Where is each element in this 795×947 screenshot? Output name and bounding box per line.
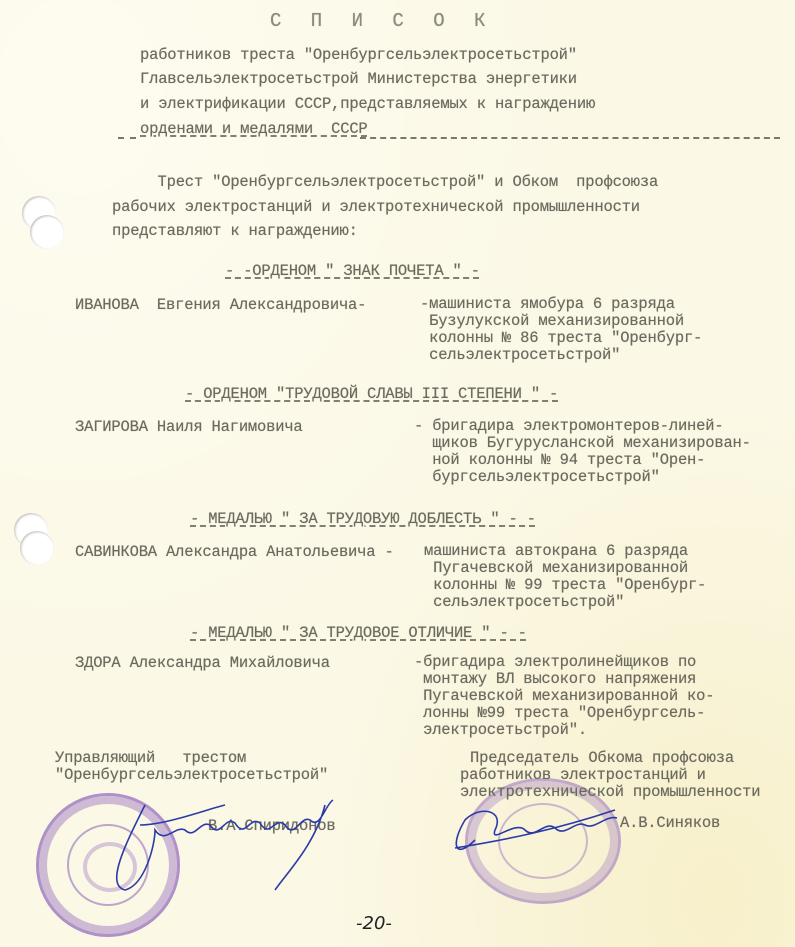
awardee-position: Пугачевской механизированной ко- <box>414 688 714 705</box>
awardee-position: Пугачевской механизированной <box>424 560 688 577</box>
awardee-position: - бригадира электромонтеров-линей- <box>414 418 723 435</box>
awardee-name: ИВАНОВА Евгения Александровича- <box>75 296 366 314</box>
awardee-name: САВИНКОВА Александра Анатольевича - <box>75 543 394 561</box>
awardee-position: машиниста автокрана 6 разряда <box>424 543 688 560</box>
awardee-position: сельэлектросетьстрой" <box>420 347 620 364</box>
awardee-position: электросетьстрой". <box>414 722 587 739</box>
signer-name: А.В.Синяков <box>620 815 720 832</box>
award-heading: - МЕДАЛЬЮ " ЗА ТРУДОВУЮ ДОБЛЕСТЬ " - - <box>190 510 536 528</box>
awardee-position: -бригадира электролинейщиков по <box>414 654 696 671</box>
awardee-position: монтажу ВЛ высокого напряжения <box>414 671 696 688</box>
dashed-rule <box>118 137 136 139</box>
awardee-position: бургсельэлектросетьстрой" <box>414 469 660 486</box>
awardee-position: колонны № 86 треста "Оренбург- <box>420 330 702 347</box>
handwritten-signature-right <box>445 800 625 860</box>
intro-line: работников треста "Оренбургсельэлектросе… <box>140 46 577 64</box>
intro-line: и электрификации СССР,представляемых к н… <box>140 95 595 113</box>
signatory-org: "Оренбургсельэлектросетьстрой" <box>55 767 328 784</box>
award-heading: - ОРДЕНОМ "ТРУДОВОЙ СЛАВЫ III СТЕПЕНИ " … <box>185 385 558 403</box>
awardee-position: колонны № 99 треста "Оренбург- <box>424 577 706 594</box>
document-title: С П И С О К <box>270 10 494 32</box>
awardee-name: ЗДОРА Александра Михайловича <box>75 654 330 672</box>
awardee-name: ЗАГИРОВА Наиля Нагимовича <box>75 418 303 436</box>
page-number: -20- <box>356 913 392 934</box>
awardee-position: сельэлектросетьстрой" <box>424 594 624 611</box>
preamble-line: представляют к награждению: <box>112 222 358 240</box>
handwritten-signature-left <box>85 785 345 905</box>
signatory-title: электротехнической промышленности <box>460 784 760 801</box>
intro-line: Главсельэлектросетьстрой Министерства эн… <box>140 70 577 88</box>
dashed-rule <box>360 137 780 139</box>
signatory-title: Управляющий трестом <box>55 750 246 767</box>
awardee-position: щиков Бугурусланской механизирован- <box>414 435 751 452</box>
awardee-position: лонны №99 треста "Оренбургсель- <box>414 705 705 722</box>
awardee-position: -машиниста ямобура 6 разряда <box>420 296 675 313</box>
award-heading: - МЕДАЛЬЮ " ЗА ТРУДОВОЕ ОТЛИЧИЕ " - - <box>190 624 527 642</box>
punch-hole <box>30 215 64 249</box>
signatory-title: Председатель Обкома профсоюза <box>470 750 734 767</box>
preamble-line: Трест "Оренбургсельэлектросетьстрой" и О… <box>112 173 658 191</box>
awardee-position: ной колонны № 94 треста "Орен- <box>414 452 705 469</box>
signatory-title: работников электростанций и <box>460 767 706 784</box>
awardee-position: Бузулукской механизированной <box>420 313 684 330</box>
punch-hole <box>20 531 54 565</box>
award-heading: - -ОРДЕНОМ " ЗНАК ПОЧЕТА " - <box>225 262 480 280</box>
intro-line: орденами и медалями СССР <box>140 120 368 138</box>
preamble-line: рабочих электростанций и электротехничес… <box>112 198 640 216</box>
